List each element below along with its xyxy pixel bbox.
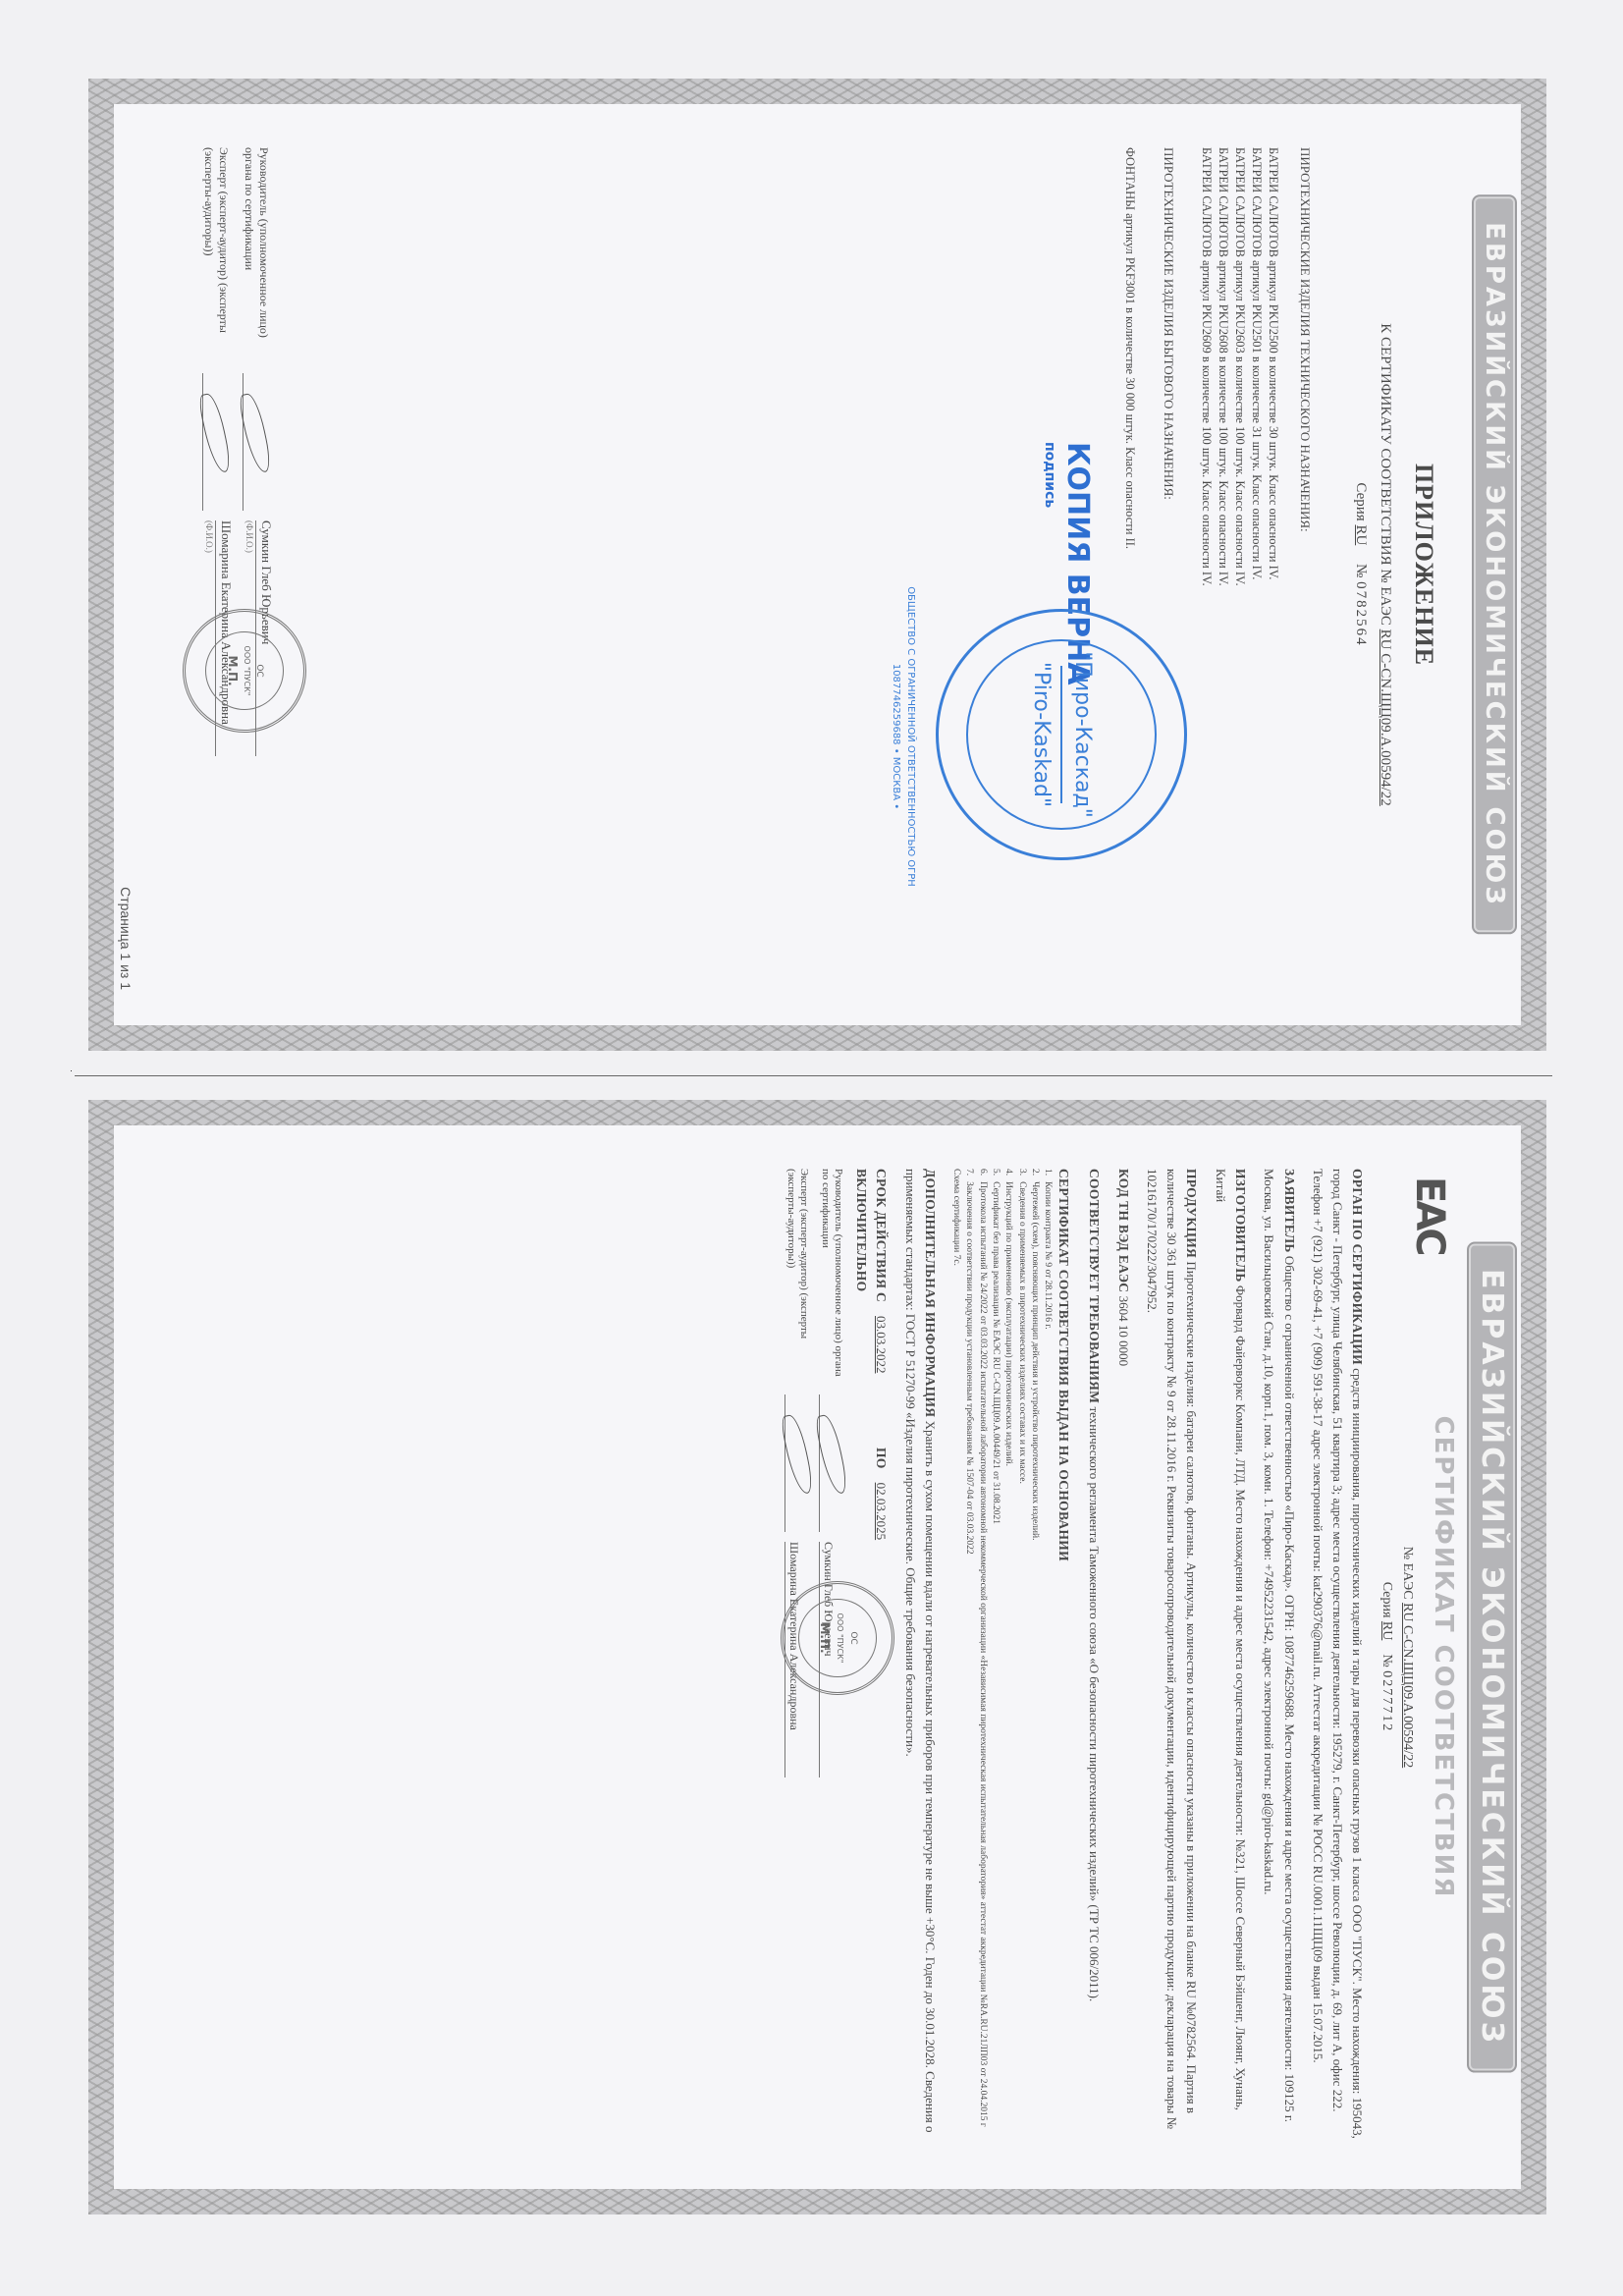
technical-group-heading: ПИРОТЕХНИЧЕСКИЕ ИЗДЕЛИЯ ТЕХНИЧЕСКОГО НАЗ… [1295, 147, 1314, 982]
basis-list: 1.Копии контракта № 9 от 28.11.2016 г.2.… [962, 1169, 1054, 2146]
certificate-series: Серия RU № 0277712 [1377, 1169, 1397, 2146]
section-additional: ДОПОЛНИТЕЛЬНАЯ ИНФОРМАЦИЯ Хранить в сухо… [900, 1169, 940, 2146]
certification-scheme: Схема сертификации 7с. [949, 1169, 962, 2146]
appendix-signature-head: Руководитель (уполномоченное лицо) орган… [243, 147, 275, 982]
appendix-content: ПРИЛОЖЕНИЕ К СЕРТИФИКАТУ СООТВЕТСТВИЯ № … [153, 147, 1452, 982]
appendix-certification-stamp: ОС ООО "ПУСК" М.П. [183, 609, 306, 733]
household-group-heading: ПИРОТЕХНИЧЕСКИЕ ИЗДЕЛИЯ БЫТОВОГО НАЗНАЧЕ… [1159, 147, 1177, 982]
section-manufacturer: ИЗГОТОВИТЕЛЬ Форвард Файерворкс Компани,… [1211, 1169, 1250, 2146]
list-item: БАТРЕИ САЛЮТОВ артикул PKU2609 в количес… [1199, 147, 1216, 982]
technical-items: БАТРЕИ САЛЮТОВ артикул PKU2500 в количес… [1199, 147, 1281, 982]
appendix-subtitle: К СЕРТИФИКАТУ СООТВЕТСТВИЯ № ЕАЭС RU C-C… [1375, 147, 1396, 982]
list-item: ФОНТАНЫ артикул PKF3001 в количестве 30 … [1121, 147, 1139, 982]
appendix-banner: ЕВРАЗИЙСКИЙ ЭКОНОМИЧЕСКИЙ СОЮЗ [1474, 196, 1515, 932]
section-applicant: ЗАЯВИТЕЛЬ Общество с ограниченной ответс… [1260, 1169, 1299, 2146]
list-item: 5.Сертификат без права реализации № ЕАЭС… [989, 1169, 1001, 2146]
appendix-page: ЕВРАЗИЙСКИЙ ЭКОНОМИЧЕСКИЙ СОЮЗ ПРИЛОЖЕНИ… [88, 79, 1546, 1051]
copy-signature-label: подпись [1040, 442, 1059, 508]
section-hs-code: КОД ТН ВЭД ЕАЭС 3604 10 0000 [1113, 1169, 1133, 2146]
appendix-title: ПРИЛОЖЕНИЕ [1405, 147, 1442, 982]
appendix-head-signature [243, 373, 269, 511]
seal-ring-text: ОБЩЕСТВО С ОГРАНИЧЕННОЙ ОТВЕТСТВЕННОСТЬЮ… [889, 560, 917, 913]
certificate-banner: ЕВРАЗИЙСКИЙ ЭКОНОМИЧЕСКИЙ СОЮЗ [1469, 1243, 1515, 2071]
list-item: 7.Заключения о соответствии продукции ус… [962, 1169, 975, 2146]
appendix-frame: ЕВРАЗИЙСКИЙ ЭКОНОМИЧЕСКИЙ СОЮЗ ПРИЛОЖЕНИ… [114, 104, 1521, 1025]
expert-signature [784, 1394, 811, 1532]
list-item: БАТРЕИ САЛЮТОВ артикул PKU2608 в количес… [1215, 147, 1231, 982]
certificate-title: СЕРТИФИКАТ СООТВЕТСТВИЯ [1424, 1169, 1462, 2146]
list-item: БАТРЕИ САЛЮТОВ артикул PKU2603 в количес… [1231, 147, 1248, 982]
certificate-content: СЕРТИФИКАТ СООТВЕТСТВИЯ № ЕАЭС RU C-CN.Щ… [153, 1169, 1462, 2146]
section-basis: СЕРТИФИКАТ СООТВЕТСТВИЯ ВЫДАН НА ОСНОВАН… [949, 1169, 1074, 2146]
list-item: БАТРЕИ САЛЮТОВ артикул PKU2501 в количес… [1248, 147, 1265, 982]
section-product: ПРОДУКЦИЯ Пиротехнические изделия: батар… [1143, 1169, 1201, 2146]
list-item: 1.Копии контракта № 9 от 28.11.2016 г. [1041, 1169, 1054, 2146]
page-number: Страница 1 из 1 [118, 887, 134, 990]
appendix-expert-signature [202, 373, 229, 511]
certificate-page: ЕВРАЗИЙСКИЙ ЭКОНОМИЧЕСКИЙ СОЮЗ EAC СЕРТИ… [88, 1100, 1546, 2214]
certificate-number: № ЕАЭС RU C-CN.ЩЦ09.А.00594/22 [1397, 1169, 1418, 2146]
valid-to: 02.03.2025 [872, 1483, 892, 1601]
household-items: ФОНТАНЫ артикул PKF3001 в количестве 30 … [1121, 147, 1139, 982]
list-item: 4.Инструкций по применению (эксплуатации… [1001, 1169, 1014, 2146]
section-certification-body: ОРГАН ПО СЕРТИФИКАЦИИ средств инициирова… [1309, 1169, 1367, 2146]
certification-body-stamp: ОС ООО "ПУСК" М.П. [781, 1581, 894, 1695]
list-item: БАТРЕИ САЛЮТОВ артикул PKU2500 в количес… [1265, 147, 1281, 982]
head-signature [819, 1394, 845, 1532]
valid-from: 03.03.2022 [872, 1316, 892, 1434]
list-item: 3.Сведения о применяемых в пиротехническ… [1014, 1169, 1027, 2146]
list-item: 2.Чертежей (схем), поясняющих принцип де… [1028, 1169, 1041, 2146]
page-divider-line [71, 1070, 72, 1071]
certificate-frame: ЕВРАЗИЙСКИЙ ЭКОНОМИЧЕСКИЙ СОЮЗ EAC СЕРТИ… [114, 1125, 1521, 2189]
appendix-series: Серия RU № 0782564 [1349, 147, 1371, 982]
page-binding-line [75, 1075, 1552, 1076]
section-complies: СООТВЕТСТВУЕТ ТРЕБОВАНИЯМ технического р… [1084, 1169, 1104, 2146]
appendix-signatures: Руководитель (уполномоченное лицо) орган… [202, 147, 275, 982]
company-seal: "Пиро-Каскад" "Piro-Kaskad" [936, 609, 1187, 860]
appendix-signature-expert: Эксперт (эксперт-аудитор) (эксперты (экс… [202, 147, 235, 982]
section-validity: СРОК ДЕЙСТВИЯ С 03.03.2022 ПО 02.03.2025… [851, 1169, 892, 2146]
list-item: 6.Протокола испытаний № 24/2022 от 03.03… [975, 1169, 988, 2146]
